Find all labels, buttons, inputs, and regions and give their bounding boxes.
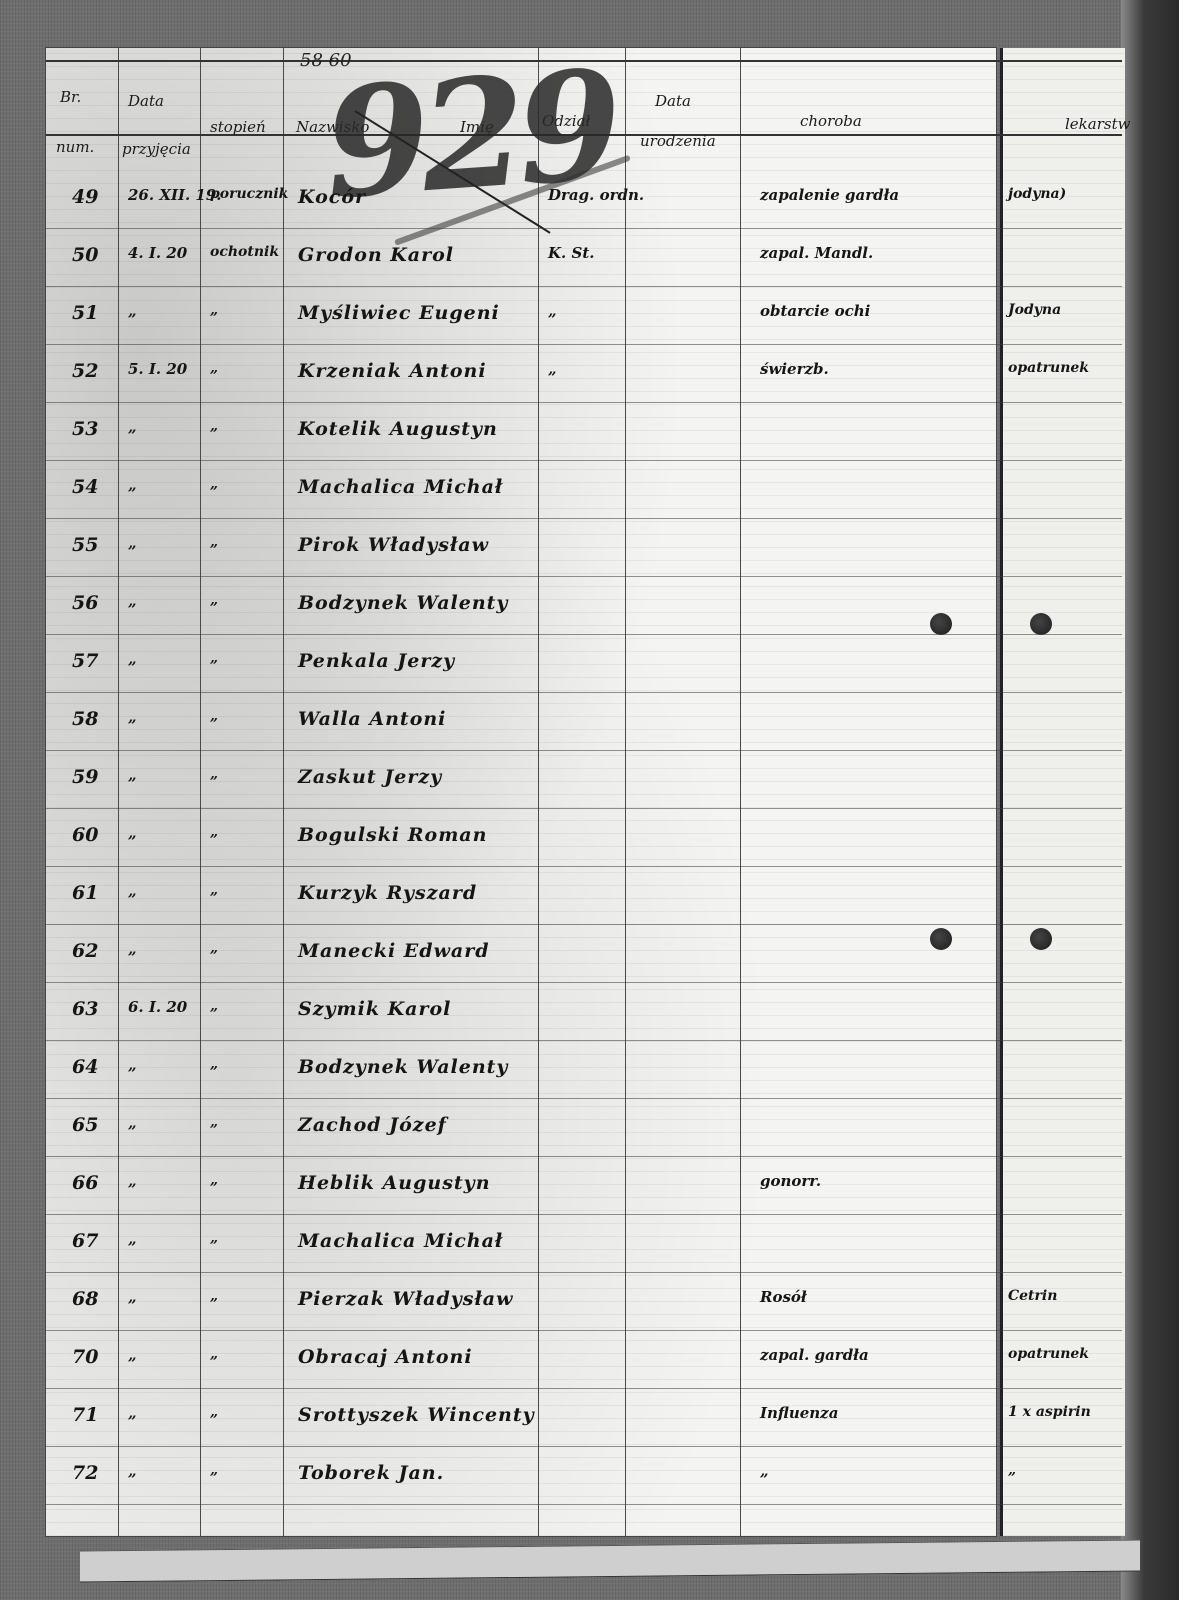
- row-rule: [46, 1446, 1122, 1447]
- row-rank: „: [210, 998, 218, 1014]
- row-rule: [46, 1156, 1122, 1157]
- row-admission-date: „: [128, 1404, 137, 1422]
- row-name: Kocór: [298, 186, 366, 208]
- row-rule: [46, 286, 1122, 287]
- row-number: 55: [72, 534, 98, 556]
- row-name: Heblik Augustyn: [298, 1172, 491, 1194]
- row-name: Kotelik Augustyn: [298, 418, 498, 440]
- punch-hole: [930, 928, 952, 950]
- row-number: 49: [72, 186, 98, 208]
- row-rule: [46, 228, 1122, 229]
- row-number: 58: [72, 708, 98, 730]
- row-rule: [46, 1214, 1122, 1215]
- row-rank: „: [210, 1230, 218, 1246]
- row-unit: „: [548, 302, 557, 320]
- row-rank: „: [210, 534, 218, 550]
- column-rule: [625, 48, 626, 1536]
- row-rank: „: [210, 476, 218, 492]
- row-rule: [46, 518, 1122, 519]
- row-rule: [46, 460, 1122, 461]
- row-admission-date: „: [128, 1288, 137, 1306]
- row-admission-date: „: [128, 882, 137, 900]
- row-admission-date: „: [128, 592, 137, 610]
- row-name: Grodon Karol: [298, 244, 454, 266]
- row-admission-date: „: [128, 1114, 137, 1132]
- row-number: 57: [72, 650, 98, 672]
- row-number: 65: [72, 1114, 98, 1136]
- row-disease: Influenza: [760, 1404, 838, 1422]
- row-rank: porucznik: [210, 186, 288, 202]
- row-treatment: 1 x aspirin: [1008, 1404, 1091, 1420]
- row-rank: „: [210, 940, 218, 956]
- row-name: Obracaj Antoni: [298, 1346, 473, 1368]
- row-number: 53: [72, 418, 98, 440]
- row-name: Bogulski Roman: [298, 824, 487, 846]
- row-name: Machalica Michał: [298, 476, 503, 498]
- row-treatment: Cetrin: [1008, 1288, 1057, 1304]
- row-rule: [46, 1388, 1122, 1389]
- column-rule: [118, 48, 119, 1536]
- row-treatment: opatrunek: [1008, 1346, 1089, 1362]
- row-number: 63: [72, 998, 98, 1020]
- row-rank: „: [210, 360, 218, 376]
- row-rule: [46, 1504, 1122, 1505]
- ledger-page: [46, 48, 996, 1536]
- row-number: 56: [72, 592, 98, 614]
- row-number: 54: [72, 476, 98, 498]
- punch-hole: [1030, 928, 1052, 950]
- row-rank: „: [210, 1114, 218, 1130]
- row-unit: „: [548, 360, 557, 378]
- row-disease: zapal. gardła: [760, 1346, 869, 1364]
- row-number: 60: [72, 824, 98, 846]
- row-number: 72: [72, 1462, 98, 1484]
- row-admission-date: „: [128, 940, 137, 958]
- page-bottom-edge: [80, 1539, 1140, 1582]
- row-name: Machalica Michał: [298, 1230, 503, 1252]
- row-rank: „: [210, 1288, 218, 1304]
- row-name: Manecki Edward: [298, 940, 490, 962]
- row-number: 61: [72, 882, 98, 904]
- row-number: 62: [72, 940, 98, 962]
- row-admission-date: 4. I. 20: [128, 244, 187, 262]
- row-rank: „: [210, 302, 218, 318]
- row-number: 66: [72, 1172, 98, 1194]
- header-date-sub: przyjęcia: [122, 140, 191, 158]
- row-rule: [46, 402, 1122, 403]
- row-admission-date: „: [128, 708, 137, 726]
- row-name: Zachod Józef: [298, 1114, 447, 1136]
- row-number: 52: [72, 360, 98, 382]
- column-rule: [538, 48, 539, 1536]
- row-rank: „: [210, 1462, 218, 1478]
- row-disease: „: [760, 1462, 769, 1480]
- header-nr: Br.: [60, 88, 81, 106]
- header-date: Data: [128, 92, 164, 110]
- row-rank: „: [210, 1346, 218, 1362]
- row-name: Penkala Jerzy: [298, 650, 455, 672]
- row-disease: Rosół: [760, 1288, 807, 1306]
- column-rule: [740, 48, 741, 1536]
- row-rule: [46, 808, 1122, 809]
- row-name: Krzeniak Antoni: [298, 360, 487, 382]
- row-rank: „: [210, 1404, 218, 1420]
- row-disease: świerzb.: [760, 360, 829, 378]
- row-admission-date: 5. I. 20: [128, 360, 187, 378]
- row-name: Kurzyk Ryszard: [298, 882, 477, 904]
- row-rule: [46, 1272, 1122, 1273]
- row-rank: „: [210, 592, 218, 608]
- header-nr-sub: num.: [56, 138, 94, 156]
- row-rank: „: [210, 766, 218, 782]
- row-name: Walla Antoni: [298, 708, 446, 730]
- row-admission-date: 26. XII. 19.: [128, 186, 222, 204]
- row-number: 59: [72, 766, 98, 788]
- row-rank: „: [210, 824, 218, 840]
- header-disease: choroba: [800, 112, 862, 130]
- row-rule: [46, 1040, 1122, 1041]
- row-name: Bodzynek Walenty: [298, 1056, 508, 1078]
- row-number: 70: [72, 1346, 98, 1368]
- row-rank: ochotnik: [210, 244, 279, 260]
- row-rank: „: [210, 1172, 218, 1188]
- row-rank: „: [210, 882, 218, 898]
- row-name: Srottyszek Wincenty: [298, 1404, 535, 1426]
- row-number: 64: [72, 1056, 98, 1078]
- row-rule: [46, 750, 1122, 751]
- row-admission-date: „: [128, 418, 137, 436]
- row-disease: zapalenie gardła: [760, 186, 899, 204]
- row-disease: zapal. Mandl.: [760, 244, 873, 262]
- column-rule: [283, 48, 284, 1536]
- row-admission-date: „: [128, 650, 137, 668]
- row-disease: gonorr.: [760, 1172, 821, 1190]
- row-treatment: Jodyna: [1008, 302, 1061, 318]
- column-rule: [200, 48, 201, 1536]
- row-name: Pirok Władysław: [298, 534, 489, 556]
- row-name: Toborek Jan.: [298, 1462, 444, 1484]
- row-admission-date: „: [128, 302, 137, 320]
- row-admission-date: „: [128, 534, 137, 552]
- row-rank: „: [210, 650, 218, 666]
- row-rule: [46, 634, 1122, 635]
- row-admission-date: „: [128, 476, 137, 494]
- row-rank: „: [210, 708, 218, 724]
- row-rule: [46, 692, 1122, 693]
- row-number: 67: [72, 1230, 98, 1252]
- header-treatment: lekarstw: [1065, 115, 1130, 133]
- row-treatment: jodyna): [1008, 186, 1066, 202]
- row-unit: Drag. ordn.: [548, 186, 644, 204]
- row-number: 68: [72, 1288, 98, 1310]
- row-number: 51: [72, 302, 98, 324]
- row-name: Myśliwiec Eugeni: [298, 302, 500, 324]
- row-treatment: „: [1008, 1462, 1016, 1478]
- row-treatment: opatrunek: [1008, 360, 1089, 376]
- row-admission-date: „: [128, 1056, 137, 1074]
- row-admission-date: 6. I. 20: [128, 998, 187, 1016]
- row-disease: obtarcie ochi: [760, 302, 870, 320]
- row-rule: [46, 576, 1122, 577]
- punch-hole: [1030, 613, 1052, 635]
- row-rule: [46, 344, 1122, 345]
- row-number: 71: [72, 1404, 98, 1426]
- row-admission-date: „: [128, 1346, 137, 1364]
- row-name: Szymik Karol: [298, 998, 451, 1020]
- row-rule: [46, 1330, 1122, 1331]
- scan-background-edge: [1121, 0, 1179, 1600]
- row-name: Zaskut Jerzy: [298, 766, 442, 788]
- row-number: 50: [72, 244, 98, 266]
- header-birth-date: Data: [655, 92, 691, 110]
- row-admission-date: „: [128, 1230, 137, 1248]
- row-rule: [46, 866, 1122, 867]
- row-rule: [46, 924, 1122, 925]
- row-name: Bodzynek Walenty: [298, 592, 508, 614]
- row-unit: K. St.: [548, 244, 594, 262]
- row-admission-date: „: [128, 1462, 137, 1480]
- header-birth-date-sub: urodzenia: [640, 132, 716, 150]
- header-rank: stopień: [210, 118, 266, 136]
- row-admission-date: „: [128, 824, 137, 842]
- row-admission-date: „: [128, 1172, 137, 1190]
- row-admission-date: „: [128, 766, 137, 784]
- punch-hole: [930, 613, 952, 635]
- row-name: Pierzak Władysław: [298, 1288, 513, 1310]
- row-rule: [46, 1098, 1122, 1099]
- row-rank: „: [210, 418, 218, 434]
- row-rank: „: [210, 1056, 218, 1072]
- ledger-facing-page-strip: [1000, 48, 1125, 1536]
- row-rule: [46, 982, 1122, 983]
